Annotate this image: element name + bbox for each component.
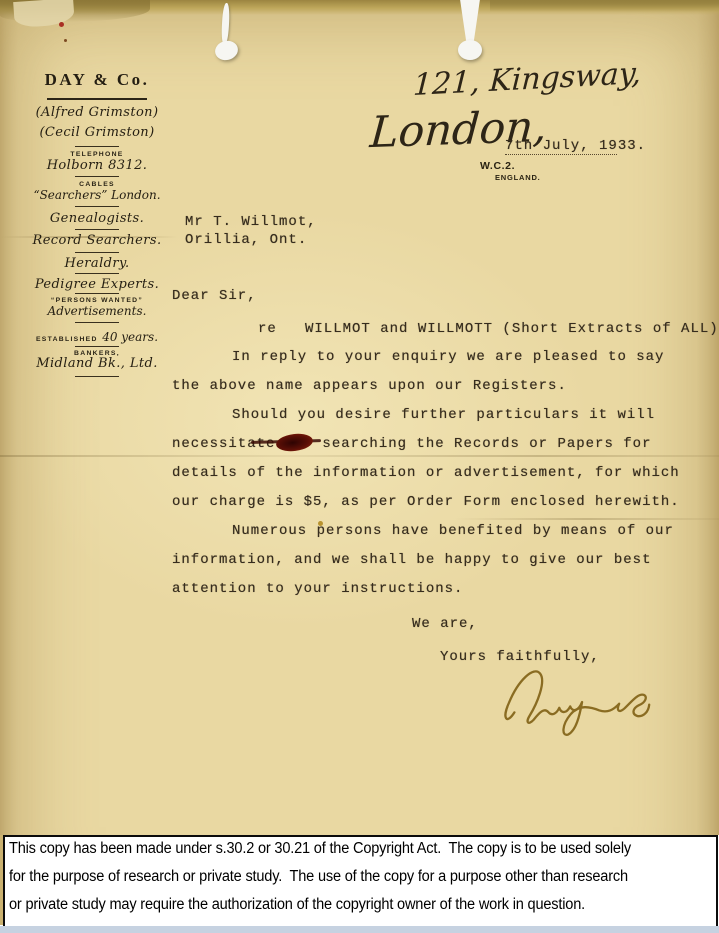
salutation: Dear Sir, bbox=[172, 288, 257, 304]
body-line: attention to your instructions. bbox=[172, 581, 463, 597]
corner-tear bbox=[13, 0, 75, 28]
body-line: In reply to your enquiry we are pleased … bbox=[232, 349, 664, 365]
divider bbox=[75, 273, 119, 274]
body-line: Should you desire further particulars it… bbox=[232, 407, 655, 423]
scanner-bed-strip bbox=[0, 926, 719, 933]
recipient-name: Mr T. Willmot, bbox=[185, 214, 317, 230]
date-underline bbox=[505, 154, 617, 155]
ink-speck bbox=[64, 39, 67, 42]
divider bbox=[75, 376, 119, 377]
service-item: Record Searchers. bbox=[22, 233, 172, 248]
principal-name: (Cecil Grimston) bbox=[22, 125, 172, 140]
pin-tear-hole bbox=[458, 40, 482, 60]
telephone-label: TELEPHONE bbox=[22, 151, 172, 158]
copyright-line: for the purpose of research or private s… bbox=[9, 868, 628, 886]
principal-name: (Alfred Grimston) bbox=[22, 105, 172, 120]
paper-crease bbox=[0, 455, 719, 457]
re-subject-line: re WILLMOT and WILLMOTT (Short Extracts … bbox=[258, 321, 719, 337]
torn-top-edge-dark-patch bbox=[490, 0, 719, 12]
divider bbox=[75, 176, 119, 177]
divider bbox=[75, 146, 119, 147]
copyright-notice-box: This copy has been made under s.30.2 or … bbox=[3, 835, 718, 926]
postal-district: W.C.2. bbox=[480, 160, 515, 172]
company-name: DAY & Co. bbox=[22, 70, 172, 90]
service-item: Heraldry. bbox=[22, 256, 172, 271]
body-line: details of the information or advertisem… bbox=[172, 465, 680, 481]
handwritten-signature bbox=[497, 657, 670, 743]
country-label: ENGLAND. bbox=[495, 173, 541, 182]
letterhead-street-address: 121, Kingsway, bbox=[412, 56, 642, 103]
divider bbox=[75, 206, 119, 207]
pin-tear-hole bbox=[213, 39, 240, 63]
copyright-line: or private study may require the authori… bbox=[9, 896, 585, 914]
recipient-place: Orillia, Ont. bbox=[185, 232, 307, 248]
divider bbox=[75, 229, 119, 230]
paper-crease bbox=[455, 518, 719, 520]
divider bbox=[75, 346, 119, 347]
body-line: necessitate our searching the Records or… bbox=[172, 436, 651, 452]
service-item: Genealogists. bbox=[22, 211, 172, 226]
body-line: the above name appears upon our Register… bbox=[172, 378, 567, 394]
paper-stain-dot bbox=[318, 521, 323, 526]
body-line: our charge is $5, as per Order Form encl… bbox=[172, 494, 680, 510]
rule bbox=[47, 98, 147, 100]
divider bbox=[75, 252, 119, 253]
service-item: Pedigree Experts. bbox=[22, 277, 172, 292]
bankers-value: Midland Bk., Ltd. bbox=[22, 356, 172, 371]
divider bbox=[75, 322, 119, 323]
copyright-notice-band: This copy has been made under s.30.2 or … bbox=[0, 835, 719, 933]
body-line: Numerous persons have benefited by means… bbox=[232, 523, 674, 539]
cables-address: “Searchers” London. bbox=[22, 188, 172, 202]
closing-we-are: We are, bbox=[412, 616, 478, 632]
scanned-letter-page: DAY & Co. (Alfred Grimston) (Cecil Grims… bbox=[0, 0, 719, 933]
date-line: 7th July, 1933. bbox=[505, 138, 646, 154]
established-label: ESTABLISHED bbox=[36, 336, 98, 343]
body-line: information, and we shall be happy to gi… bbox=[172, 552, 651, 568]
divider bbox=[75, 293, 119, 294]
established-line: ESTABLISHED 40 years. bbox=[22, 328, 172, 346]
copyright-line: This copy has been made under s.30.2 or … bbox=[9, 840, 631, 858]
persons-wanted-value: Advertisements. bbox=[22, 304, 172, 318]
persons-wanted-label: “PERSONS WANTED” bbox=[22, 297, 172, 304]
established-value: 40 years. bbox=[102, 330, 158, 344]
telephone-number: Holborn 8312. bbox=[22, 158, 172, 173]
cables-label: CABLES bbox=[22, 181, 172, 188]
red-ink-speck bbox=[59, 22, 64, 27]
